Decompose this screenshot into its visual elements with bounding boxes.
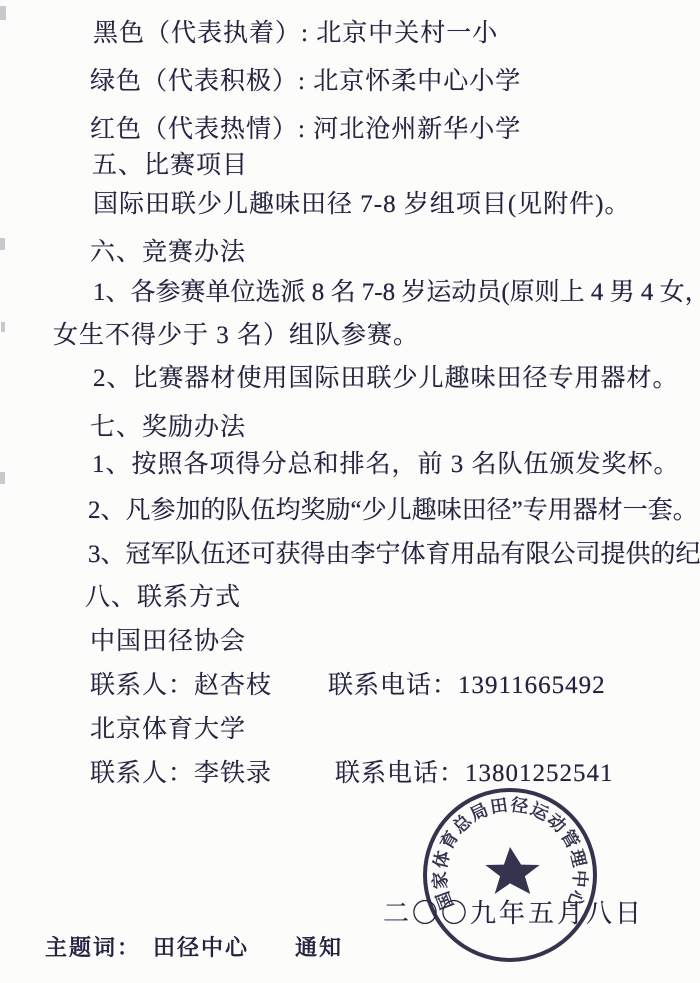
contact-phone-number: 13911665492 bbox=[458, 672, 606, 699]
contact-org-2: 北京体育大学 bbox=[90, 716, 246, 745]
official-seal: 国家体育总局田径运动管理中心 bbox=[420, 785, 600, 965]
scan-speck bbox=[0, 6, 6, 20]
scan-speck bbox=[1, 322, 5, 332]
section-heading-5: 五、比赛项目 bbox=[92, 152, 248, 181]
events-line: 国际田联少儿趣味田径 7-8 岁组项目(见附件)。 bbox=[93, 191, 630, 220]
rule-line-1a: 1、各参赛单位选派 8 名 7-8 岁运动员(原则上 4 男 4 女， bbox=[93, 279, 700, 308]
contact-phone-label: 联系电话： bbox=[335, 760, 465, 787]
rule-line-1b: 女生不得少于 3 名）组队参赛。 bbox=[53, 322, 419, 351]
contact-person-label: 联系人： bbox=[90, 760, 194, 787]
contact-person-label: 联系人： bbox=[90, 672, 194, 699]
team-line-green: 绿色（代表积极）: 北京怀柔中心小学 bbox=[90, 68, 521, 97]
rule-line-2: 2、比赛器材使用国际田联少儿趣味田径专用器材。 bbox=[93, 365, 679, 394]
award-line-1: 1、按照各项得分总和排名，前 3 名队伍颁发奖杯。 bbox=[92, 451, 680, 480]
subject-keyword: 田径中心 bbox=[153, 935, 249, 960]
contact-phone-1: 联系电话：13911665492 bbox=[328, 672, 606, 701]
star-icon bbox=[485, 847, 539, 894]
subject-label: 主题词： bbox=[45, 935, 141, 960]
scan-speck bbox=[0, 472, 5, 484]
contact-org-1: 中国田径协会 bbox=[90, 628, 246, 657]
team-line-red: 红色（代表热情）: 河北沧州新华小学 bbox=[90, 116, 521, 145]
contact-person-name: 李铁录 bbox=[194, 760, 272, 787]
document-page: 黑色（代表执着）: 北京中关村一小 绿色（代表积极）: 北京怀柔中心小学 红色（… bbox=[0, 0, 700, 983]
award-line-3: 3、冠军队伍还可获得由李宁体育用品有限公司提供的纪 bbox=[88, 541, 700, 570]
subject-doc-type: 通知 bbox=[295, 935, 343, 960]
section-heading-8: 八、联系方式 bbox=[85, 584, 241, 613]
contact-phone-number: 13801252541 bbox=[465, 760, 614, 787]
scan-speck bbox=[0, 238, 5, 250]
contact-person-1: 联系人：赵杏枝 bbox=[90, 672, 272, 701]
contact-person-2: 联系人：李铁录 bbox=[90, 760, 272, 789]
section-heading-6: 六、竞赛办法 bbox=[90, 239, 246, 268]
contact-phone-label: 联系电话： bbox=[328, 672, 458, 699]
section-heading-7: 七、奖励办法 bbox=[90, 414, 246, 443]
award-line-2: 2、凡参加的队伍均奖励“少儿趣味田径”专用器材一套。 bbox=[88, 497, 698, 526]
team-line-black: 黑色（代表执着）: 北京中关村一小 bbox=[93, 20, 498, 49]
subject-keywords-line: 主题词：田径中心通知 bbox=[45, 931, 343, 962]
contact-person-name: 赵杏枝 bbox=[194, 672, 272, 699]
